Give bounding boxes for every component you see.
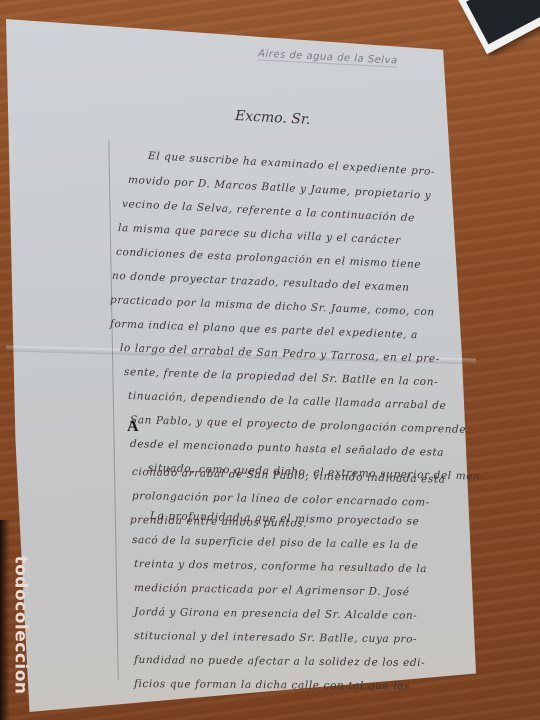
handwritten-line: no donde proyectar trazado, resultado de… [112, 270, 410, 294]
handwritten-line: fundidad no puede afectar a la solidez d… [134, 654, 425, 669]
handwritten-line: prolongación por la línea de color encar… [132, 490, 430, 509]
handwritten-body: El que suscribe ha examinado el expedien… [0, 0, 540, 720]
handwritten-line: El que suscribe ha examinado el expedien… [148, 150, 436, 178]
handwritten-line: forma indica el plano que es parte del e… [110, 318, 418, 341]
handwritten-line: tinuación, dependiendo de la calle llama… [128, 390, 447, 412]
handwritten-line: movido por D. Marcos Batlle y Jaume, pro… [128, 174, 432, 202]
handwritten-line: Jordá y Girona en presencia del Sr. Alca… [134, 606, 418, 622]
margin-mark: A [127, 418, 139, 436]
handwritten-line: ficios que forman la dicha calle con tal… [134, 678, 410, 692]
watermark-text: todocoleccion [11, 555, 31, 694]
handwritten-line: sente, frente de la propiedad del Sr. Ba… [124, 366, 439, 388]
handwritten-line: lo largo del arrabal de San Pedro y Tarr… [120, 342, 440, 365]
handwritten-line: stitucional y del interesado Sr. Batlle,… [134, 630, 417, 645]
watermark: todocoleccion [8, 540, 34, 710]
handwritten-line: la misma que parece su dicha villa y el … [118, 222, 401, 247]
handwritten-line: treinta y dos metros, conforme ha result… [134, 558, 427, 575]
handwritten-line: desde el mencionado punto hasta el señal… [130, 438, 444, 459]
handwritten-line: San Pablo, y que el proyecto de prolonga… [130, 414, 467, 436]
handwritten-line: medición practicada por el Agrimensor D.… [134, 582, 410, 598]
handwritten-line: sacó de la superficie del piso de la cal… [132, 534, 419, 551]
handwritten-line: practicado por la misma de dicho Sr. Jau… [110, 294, 435, 318]
handwritten-line: vecino de la Selva, referente a la conti… [122, 198, 415, 224]
handwritten-line: condiciones de esta prolongación en el m… [116, 246, 422, 271]
